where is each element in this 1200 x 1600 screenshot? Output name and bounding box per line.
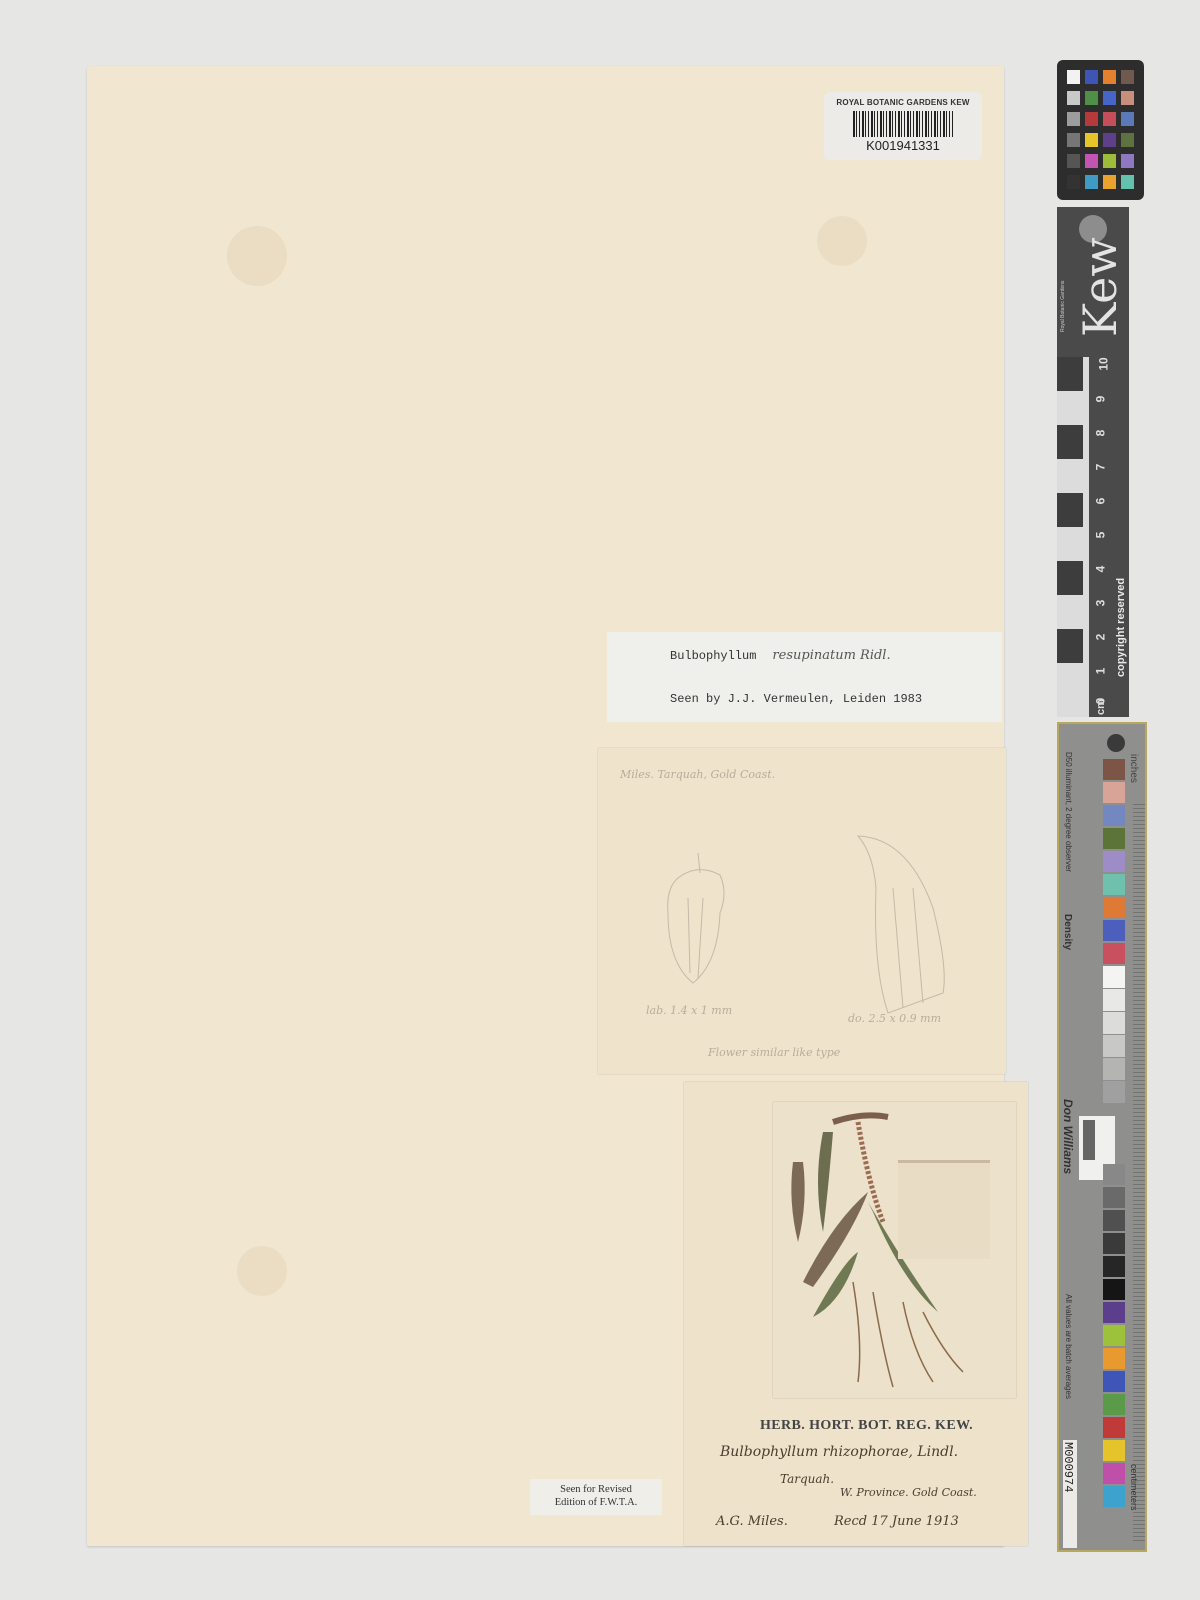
barcode-label: ROYAL BOTANIC GARDENS KEW K001941331: [824, 92, 982, 160]
institution-name: ROYAL BOTANIC GARDENS KEW: [824, 98, 982, 107]
colour-swatch: [1067, 133, 1080, 147]
colour-patch: [1103, 1279, 1125, 1300]
herbarium-label: HERB. HORT. BOT. REG. KEW. Bulbophyllum …: [712, 1410, 1026, 1546]
colour-checker: [1057, 60, 1144, 200]
ruler-segment: [1057, 561, 1083, 595]
paper-stain: [817, 216, 867, 266]
determiner-line: Seen by J.J. Vermeulen, Leiden 1983: [670, 692, 922, 706]
density-label: Density: [1062, 914, 1073, 950]
colour-swatch: [1067, 112, 1080, 126]
target-code: M000974: [1063, 1440, 1077, 1548]
paper-stain: [237, 1246, 287, 1296]
colour-patch: [1103, 1035, 1125, 1057]
ruler-segment: [1057, 425, 1083, 459]
locality-1: Tarquah.: [780, 1472, 834, 1486]
collector: A.G. Miles.: [716, 1514, 788, 1529]
colour-swatch: [1121, 154, 1134, 168]
ruler-segment: [1057, 493, 1083, 527]
handwritten-epithet: resupinatum Ridl.: [772, 648, 890, 663]
colour-patch: [1103, 1417, 1125, 1438]
colour-swatch: [1067, 91, 1080, 105]
colour-target: inches D50 illuminant, 2 degree observer…: [1057, 722, 1147, 1552]
copyright-text: copyright reserved: [1115, 578, 1127, 677]
colour-patch: [1103, 805, 1125, 826]
fwta-stamp: Seen for Revised Edition of F.W.T.A.: [530, 1479, 662, 1515]
scale-number: 9: [1093, 396, 1107, 403]
scale-number: 6: [1093, 498, 1107, 505]
colour-swatch: [1085, 112, 1098, 126]
colour-patch: [1103, 1394, 1125, 1415]
illuminant-text: D50 illuminant, 2 degree observer: [1064, 752, 1073, 872]
barcode-icon: [853, 111, 953, 137]
colour-patch: [1103, 989, 1125, 1011]
received-date: Recd 17 June 1913: [834, 1514, 959, 1529]
cm-ruler: [1057, 357, 1089, 717]
colour-swatch: [1103, 91, 1116, 105]
colour-swatch: [1067, 154, 1080, 168]
colour-swatch: [1085, 91, 1098, 105]
sketch-right-caption: do. 2.5 x 0.9 mm: [848, 1012, 941, 1025]
scale-number: 2: [1093, 634, 1107, 641]
inches-label: inches: [1128, 754, 1139, 783]
colour-patch: [1103, 1081, 1125, 1103]
colour-patch: [1103, 1371, 1125, 1392]
fwta-line-1: Seen for Revised: [530, 1483, 662, 1496]
colour-patch: [1103, 1440, 1125, 1461]
colour-swatch: [1085, 154, 1098, 168]
colour-swatch: [1067, 70, 1080, 84]
colour-patch: [1103, 920, 1125, 941]
colour-swatch: [1121, 133, 1134, 147]
colour-patch: [1103, 759, 1125, 780]
colour-swatch: [1121, 175, 1134, 189]
colour-patch: [1103, 1302, 1125, 1323]
colour-swatch: [1103, 70, 1116, 84]
herbarium-label-heading: HERB. HORT. BOT. REG. KEW.: [760, 1418, 973, 1434]
ruler-segment: [1057, 629, 1083, 663]
colour-patch: [1103, 1486, 1125, 1507]
target-brand: Don Williams: [1061, 1099, 1075, 1174]
colour-swatch: [1085, 70, 1098, 84]
fwta-line-2: Edition of F.W.T.A.: [530, 1496, 662, 1509]
barcode-number: K001941331: [824, 138, 982, 153]
kew-scale-bar: Royal Botanic Gardens Kew 10 9 8 7 6 5 4…: [1057, 207, 1129, 717]
colour-patch: [1103, 828, 1125, 849]
scale-subtitle: Royal Botanic Gardens: [1060, 281, 1066, 332]
locality-2: W. Province. Gold Coast.: [840, 1486, 977, 1499]
paper-stain: [227, 226, 287, 286]
ruler-ticks: [1133, 804, 1145, 1544]
scale-number: 3: [1093, 600, 1107, 607]
fragment-packet: [898, 1160, 990, 1259]
determination-name: Bulbophyllumresupinatum Ridl.: [670, 648, 891, 663]
petal-sketch-icon: [848, 828, 958, 1018]
colour-patch: [1103, 1187, 1125, 1208]
colour-swatch: [1085, 133, 1098, 147]
colour-patch: [1103, 782, 1125, 803]
specimen-name: Bulbophyllum rhizophorae, Lindl.: [720, 1444, 958, 1460]
mini-grey-bar: [1083, 1120, 1095, 1160]
scale-unit: cm: [1095, 699, 1107, 715]
colour-swatch: [1103, 154, 1116, 168]
colour-patch: [1103, 897, 1125, 918]
ruler-segment: [1057, 357, 1083, 391]
colour-patch: [1103, 1348, 1125, 1369]
colour-patch: [1103, 1012, 1125, 1034]
kew-logo: Kew: [1073, 237, 1127, 337]
colour-swatch: [1085, 175, 1098, 189]
colour-patch: [1103, 874, 1125, 895]
colour-swatch: [1121, 91, 1134, 105]
scale-number: 4: [1093, 566, 1107, 573]
flower-lip-sketch-icon: [658, 843, 738, 993]
batch-note: All values are batch averages: [1064, 1294, 1073, 1399]
colour-patch: [1103, 1325, 1125, 1346]
colour-swatch: [1067, 175, 1080, 189]
sketch-header: Miles. Tarquah, Gold Coast.: [620, 768, 775, 781]
sketch-sheet: Miles. Tarquah, Gold Coast. lab. 1.4 x 1…: [598, 748, 1006, 1074]
scale-number: 1: [1093, 668, 1107, 675]
colour-swatch: [1103, 112, 1116, 126]
scale-number: 5: [1093, 532, 1107, 539]
colour-patch: [1103, 1463, 1125, 1484]
colour-patch: [1103, 1058, 1125, 1080]
colour-swatch: [1121, 112, 1134, 126]
colour-patch: [1103, 1164, 1125, 1185]
colour-swatch: [1103, 175, 1116, 189]
colour-swatch: [1121, 70, 1134, 84]
sketch-bottom-caption: Flower similar like type: [708, 1046, 840, 1059]
determination-slip: Bulbophyllumresupinatum Ridl. Seen by J.…: [607, 632, 1002, 722]
sketch-left-caption: lab. 1.4 x 1 mm: [646, 1004, 732, 1017]
scale-number: 8: [1093, 430, 1107, 437]
typed-genus: Bulbophyllum: [670, 649, 756, 663]
scale-number: 7: [1093, 464, 1107, 471]
colour-swatch: [1103, 133, 1116, 147]
target-code-text: M000974: [1061, 1442, 1075, 1492]
colour-patch: [1103, 851, 1125, 872]
scale-number: 10: [1097, 357, 1111, 370]
colour-patch: [1103, 1233, 1125, 1254]
colour-patch: [1103, 1256, 1125, 1277]
colour-patch: [1103, 966, 1125, 988]
colour-patch: [1103, 1210, 1125, 1231]
punch-hole-icon: [1107, 734, 1125, 752]
colour-patch: [1103, 943, 1125, 964]
